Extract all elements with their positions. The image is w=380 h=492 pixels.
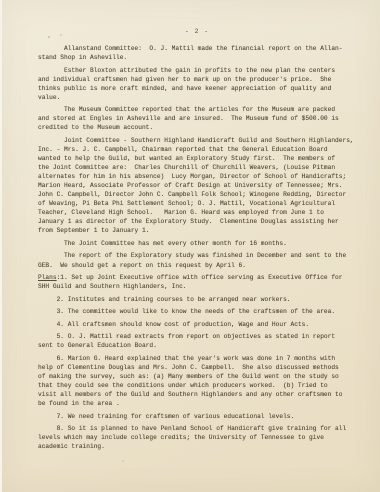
- scan-specks: [2, 0, 4, 2]
- plans-item-3: 3. The committee would like to know the …: [38, 307, 368, 316]
- plans-item-4: 4. All craftsmen should know cost of pro…: [38, 320, 368, 329]
- scanned-document-page: - 2 - Allanstand Committee: O. J. Mattil…: [0, 0, 380, 492]
- paragraph-allanstand-committee: Allanstand Committee: O. J. Mattil made …: [38, 44, 368, 62]
- plans-item-2: 2. Institutes and training courses to be…: [38, 295, 368, 304]
- paragraph-plans: Plans:1. Set up Joint Executive office w…: [38, 273, 368, 291]
- paragraph-esther-bloxton: Esther Bloxton attributed the gain in pr…: [38, 66, 368, 102]
- paragraph-meeting-frequency: The Joint Committee has met every other …: [38, 239, 368, 248]
- paragraph-joint-committee: Joint Committee - Southern Highland Hand…: [38, 136, 368, 236]
- plans-heading: Plans: [38, 274, 57, 281]
- paragraph-exploratory-report: The report of the Exploratory study was …: [38, 251, 368, 269]
- paragraph-museum-committee: The Museum Committee reported that the a…: [38, 105, 368, 132]
- page-number: - 2 -: [38, 28, 356, 35]
- plans-item-6: 6. Marion G. Heard explained that the ye…: [38, 354, 368, 408]
- typewritten-content: - 2 - Allanstand Committee: O. J. Mattil…: [38, 28, 368, 455]
- plans-item-1: :1. Set up Joint Executive office with o…: [38, 274, 343, 290]
- plans-item-7: 7. We need training for craftsmen of var…: [38, 412, 368, 421]
- plans-item-8: 8. So it is planned to have Penland Scho…: [38, 424, 368, 451]
- plans-item-5: 5. O. J. Mattil read extracts from repor…: [38, 332, 368, 350]
